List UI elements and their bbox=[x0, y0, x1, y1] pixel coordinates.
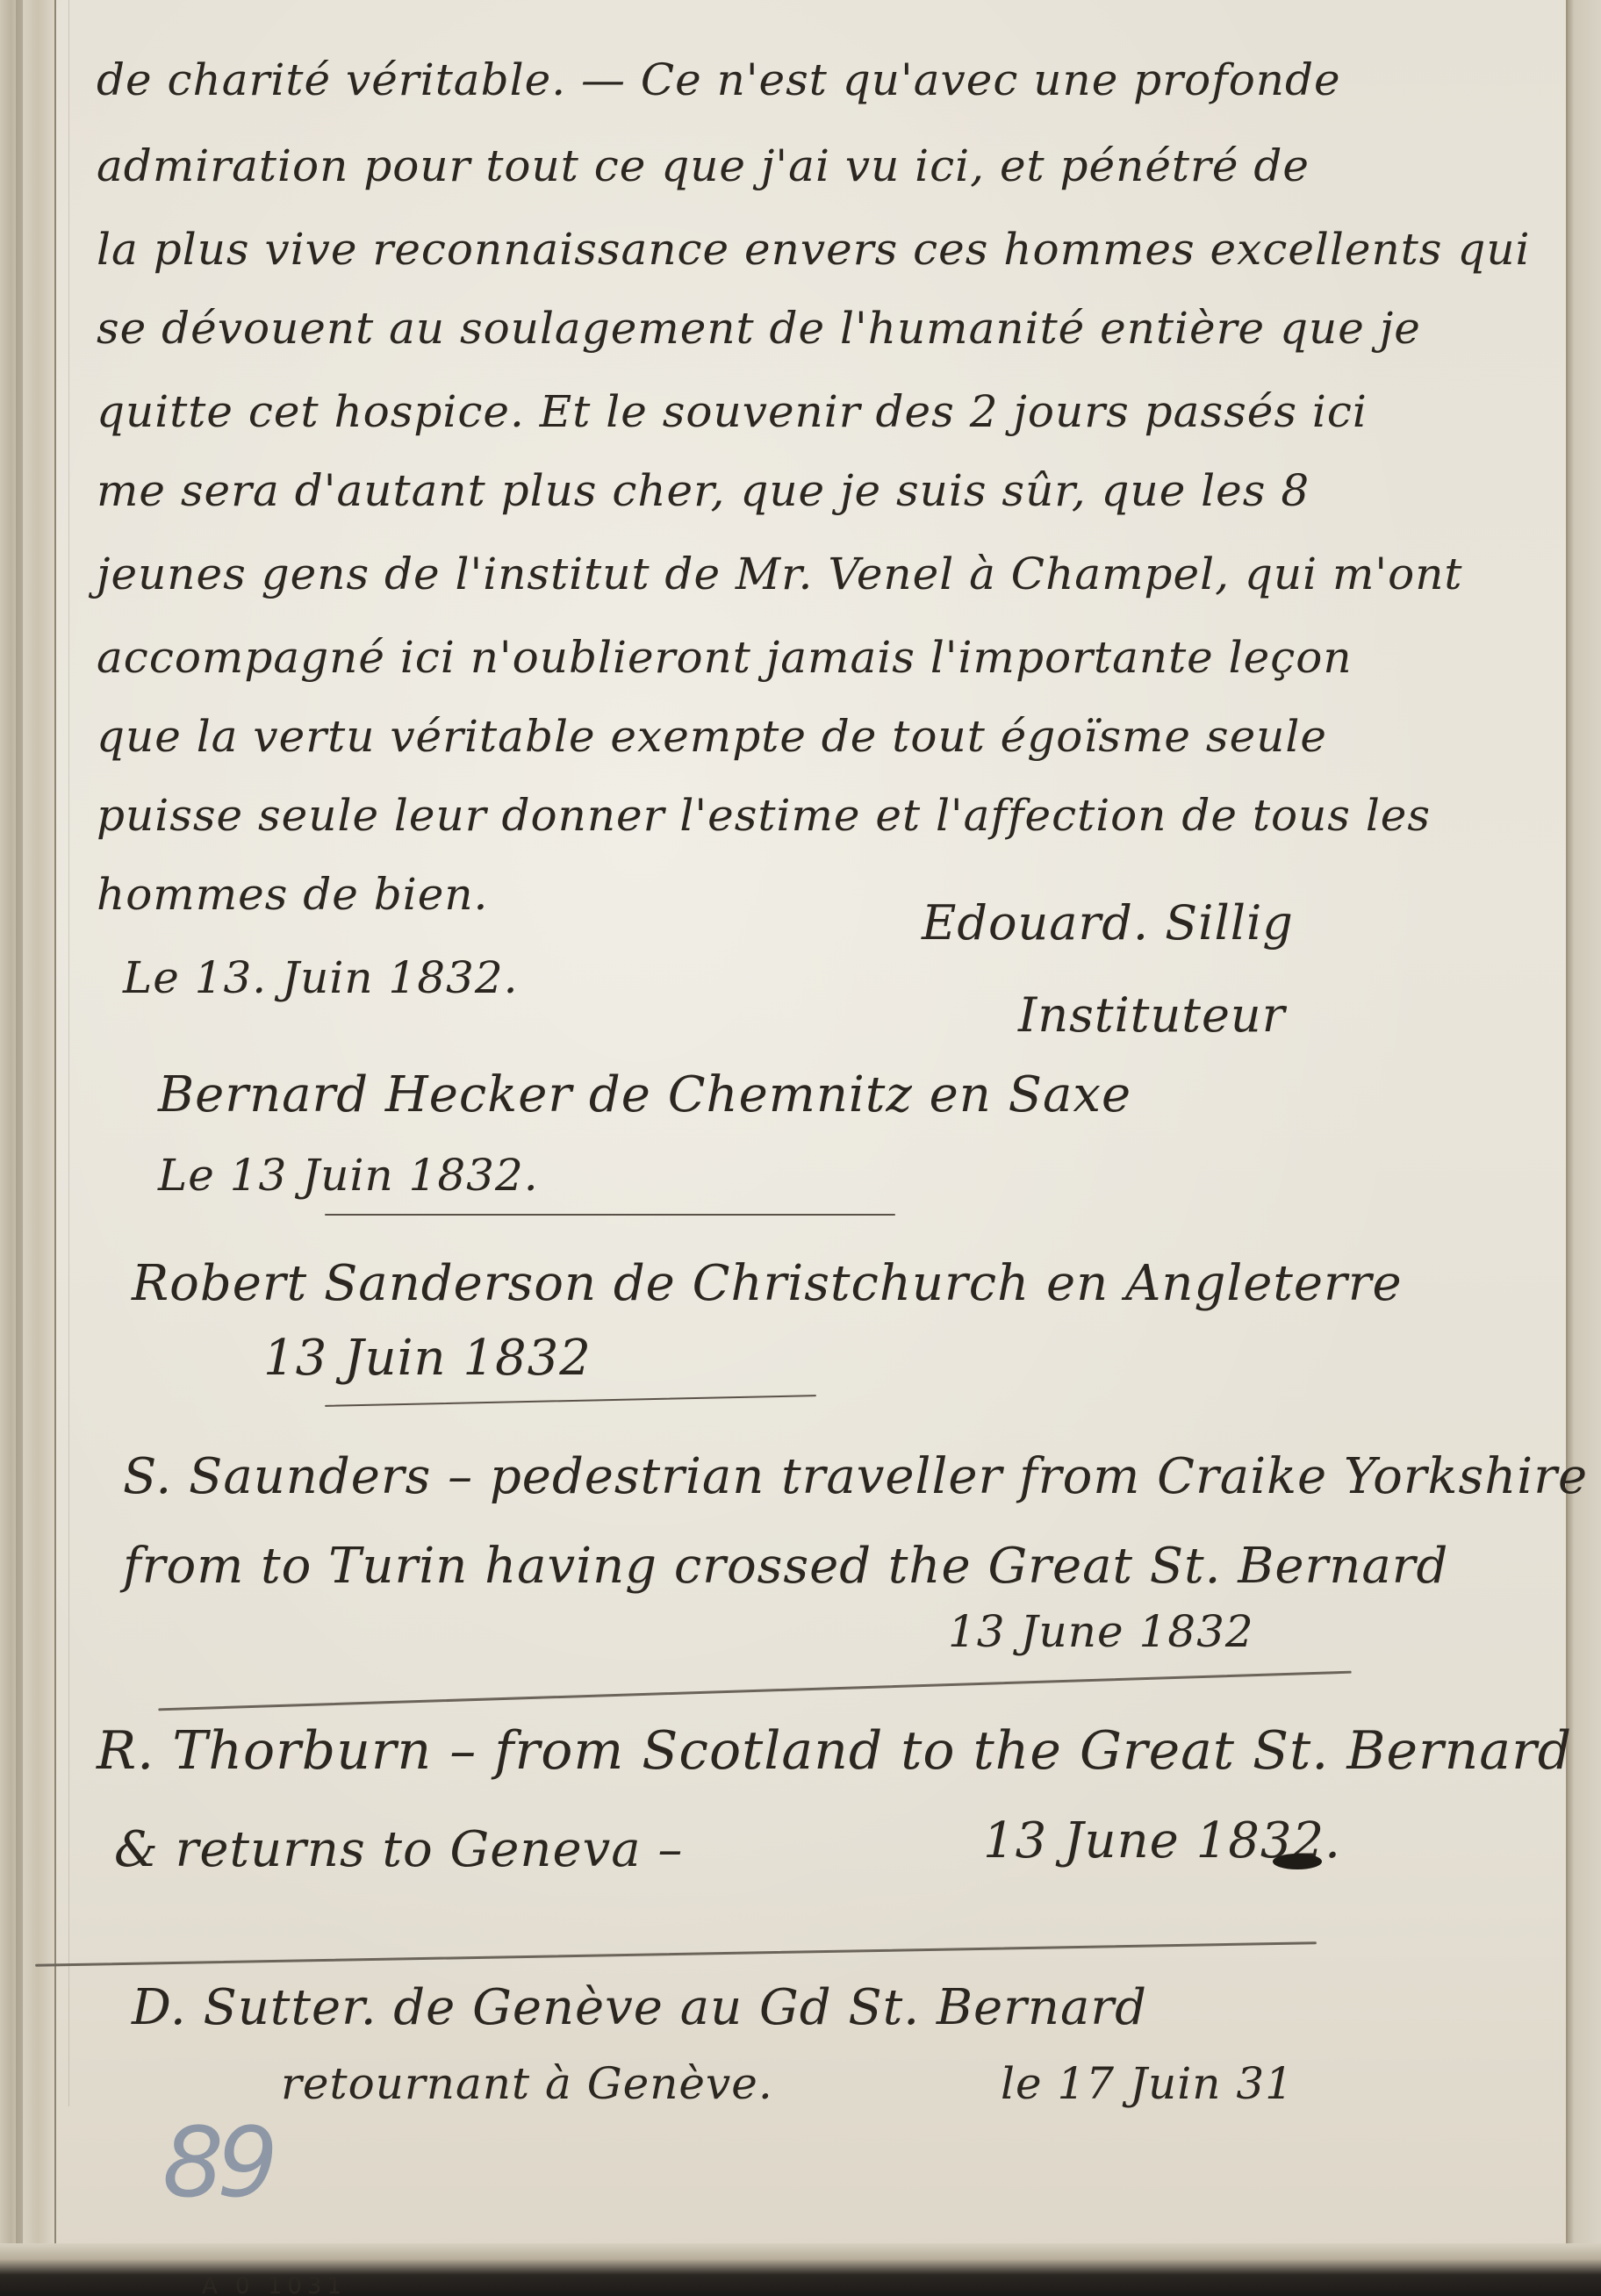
entry-5-line2: retournant à Genève. bbox=[281, 2058, 773, 2109]
entry-divider bbox=[158, 1671, 1351, 1711]
ink-blot bbox=[1273, 1854, 1322, 1869]
letter-date: Le 13. Juin 1832. bbox=[123, 952, 519, 1003]
entry-3-line2: from to Turin having crossed the Great S… bbox=[123, 1538, 1448, 1595]
letter-line-9: que la vertu véritable exempte de tout é… bbox=[97, 711, 1327, 762]
entry-divider bbox=[325, 1214, 895, 1216]
letter-line-11: hommes de bien. bbox=[97, 869, 488, 920]
letter-line-2: admiration pour tout ce que j'ai vu ici,… bbox=[97, 140, 1310, 191]
entry-2-name: Robert Sanderson de Christchurch en Angl… bbox=[132, 1255, 1403, 1312]
signature-title: Instituteur bbox=[1018, 987, 1286, 1043]
entry-divider bbox=[35, 1941, 1317, 1966]
entry-3-name: S. Saunders – pedestrian traveller from … bbox=[123, 1448, 1588, 1505]
entry-4-name: R. Thorburn – from Scotland to the Great… bbox=[97, 1720, 1572, 1782]
letter-line-8: accompagné ici n'oublieront jamais l'imp… bbox=[97, 632, 1353, 683]
letter-line-5: quitte cet hospice. Et le souvenir des 2… bbox=[97, 386, 1368, 437]
letter-line-6: me sera d'autant plus cher, que je suis … bbox=[97, 465, 1310, 516]
entry-5-date: le 17 Juin 31 bbox=[1001, 2058, 1294, 2109]
letter-line-3: la plus vive reconnaissance envers ces h… bbox=[97, 224, 1531, 275]
entry-3-date: 13 June 1832 bbox=[948, 1606, 1254, 1657]
bottom-edge-fragment: A 0 1031 bbox=[202, 2273, 347, 2296]
letter-line-4: se dévouent au soulagement de l'humanité… bbox=[97, 303, 1421, 354]
entry-1-name: Bernard Hecker de Chemnitz en Saxe bbox=[158, 1066, 1131, 1123]
book-binding-edge bbox=[0, 0, 56, 2296]
entry-1-date: Le 13 Juin 1832. bbox=[158, 1150, 539, 1201]
manuscript-page: de charité véritable. — Ce n'est qu'avec… bbox=[0, 0, 1601, 2296]
letter-line-10: puisse seule leur donner l'estime et l'a… bbox=[97, 790, 1431, 841]
signature-name: Edouard. Sillig bbox=[922, 895, 1294, 951]
letter-line-7: jeunes gens de l'institut de Mr. Venel à… bbox=[97, 549, 1463, 599]
entry-divider bbox=[325, 1395, 816, 1407]
pencil-page-number: 89 bbox=[162, 2106, 271, 2219]
margin-line bbox=[68, 0, 69, 2106]
entry-4-line2: & returns to Geneva – bbox=[114, 1821, 683, 1878]
entry-2-date: 13 Juin 1832 bbox=[263, 1330, 592, 1387]
entry-5-name: D. Sutter. de Genève au Gd St. Bernard bbox=[132, 1979, 1147, 2036]
next-page-edge bbox=[1566, 0, 1601, 2296]
letter-line-1: de charité véritable. — Ce n'est qu'avec… bbox=[97, 54, 1341, 105]
